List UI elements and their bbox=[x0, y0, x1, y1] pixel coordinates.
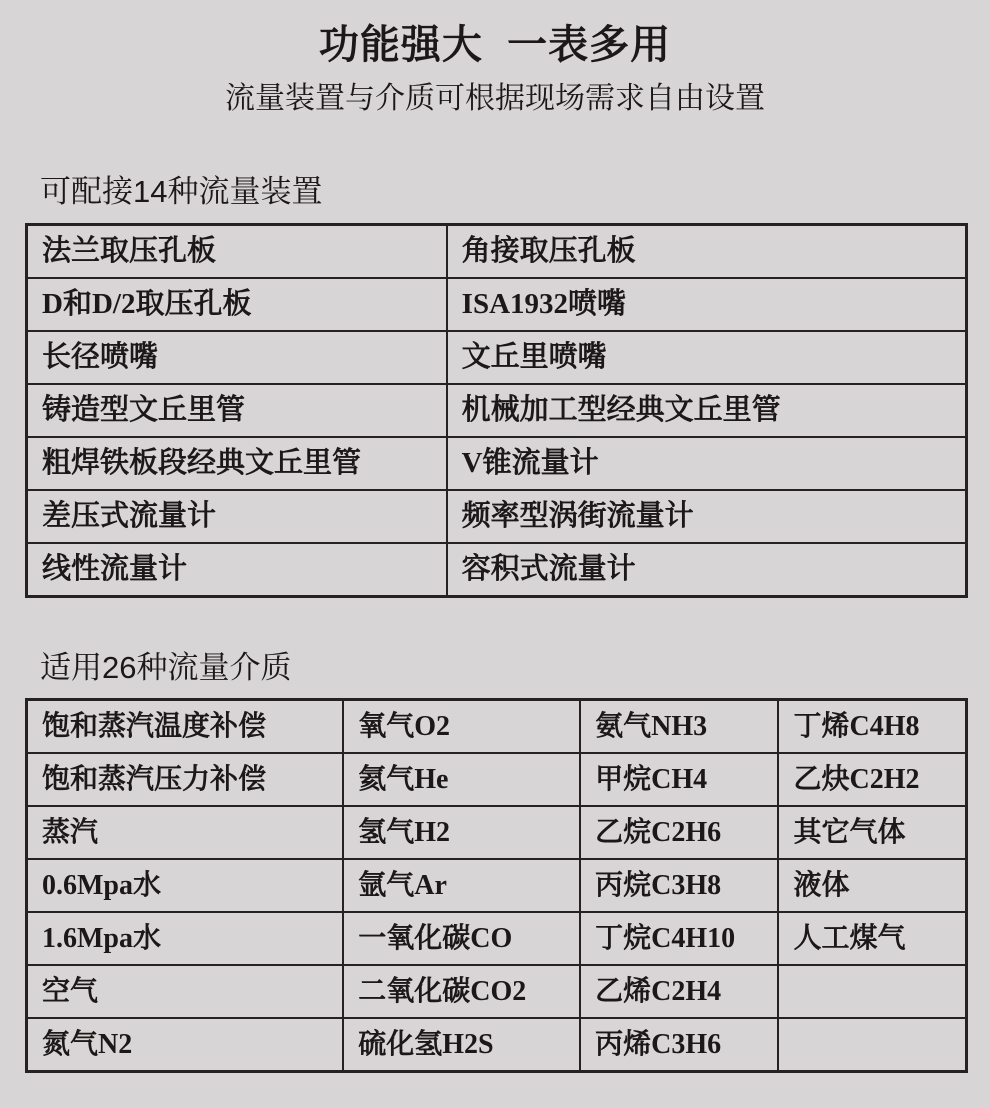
table-cell: 容积式流量计 bbox=[447, 543, 967, 597]
table-row: 饱和蒸汽压力补偿氦气He甲烷CH4乙炔C2H2 bbox=[27, 753, 967, 806]
media-section-heading: 适用26种流量介质 bbox=[40, 651, 990, 685]
table-row: 长径喷嘴文丘里喷嘴 bbox=[27, 331, 967, 384]
table-cell: 硫化氢H2S bbox=[343, 1018, 580, 1072]
page-title: 功能强大 一表多用 bbox=[0, 0, 990, 68]
table-cell: 饱和蒸汽压力补偿 bbox=[27, 753, 344, 806]
table-cell: 氢气H2 bbox=[343, 806, 580, 859]
table-cell: 频率型涡街流量计 bbox=[447, 490, 967, 543]
table-cell: 角接取压孔板 bbox=[447, 225, 967, 279]
table-cell: 长径喷嘴 bbox=[27, 331, 447, 384]
table-cell: 饱和蒸汽温度补偿 bbox=[27, 700, 344, 754]
table-row: 法兰取压孔板角接取压孔板 bbox=[27, 225, 967, 279]
table-row: 1.6Mpa水一氧化碳CO丁烷C4H10人工煤气 bbox=[27, 912, 967, 965]
table-cell: 氩气Ar bbox=[343, 859, 580, 912]
table-cell: 乙烯C2H4 bbox=[580, 965, 778, 1018]
table-row: D和D/2取压孔板ISA1932喷嘴 bbox=[27, 278, 967, 331]
table-cell: 二氧化碳CO2 bbox=[343, 965, 580, 1018]
table-row: 饱和蒸汽温度补偿氧气O2氨气NH3丁烯C4H8 bbox=[27, 700, 967, 754]
table-cell: 法兰取压孔板 bbox=[27, 225, 447, 279]
table-cell: 甲烷CH4 bbox=[580, 753, 778, 806]
document-page: 功能强大 一表多用 流量装置与介质可根据现场需求自由设置 可配接14种流量装置 … bbox=[0, 0, 990, 1108]
table-row: 空气二氧化碳CO2乙烯C2H4 bbox=[27, 965, 967, 1018]
table-row: 氮气N2硫化氢H2S丙烯C3H6 bbox=[27, 1018, 967, 1072]
table-row: 线性流量计容积式流量计 bbox=[27, 543, 967, 597]
table-cell: 线性流量计 bbox=[27, 543, 447, 597]
table-cell: 乙烷C2H6 bbox=[580, 806, 778, 859]
devices-table-body: 法兰取压孔板角接取压孔板D和D/2取压孔板ISA1932喷嘴长径喷嘴文丘里喷嘴铸… bbox=[27, 225, 967, 597]
table-cell: 其它气体 bbox=[778, 806, 966, 859]
table-cell: 粗焊铁板段经典文丘里管 bbox=[27, 437, 447, 490]
table-row: 粗焊铁板段经典文丘里管V锥流量计 bbox=[27, 437, 967, 490]
table-cell: 丙烷C3H8 bbox=[580, 859, 778, 912]
table-cell: 蒸汽 bbox=[27, 806, 344, 859]
devices-section-heading: 可配接14种流量装置 bbox=[40, 175, 990, 209]
table-cell: V锥流量计 bbox=[447, 437, 967, 490]
table-cell bbox=[778, 965, 966, 1018]
table-cell: 丁烷C4H10 bbox=[580, 912, 778, 965]
table-cell: 丙烯C3H6 bbox=[580, 1018, 778, 1072]
media-table-body: 饱和蒸汽温度补偿氧气O2氨气NH3丁烯C4H8饱和蒸汽压力补偿氦气He甲烷CH4… bbox=[27, 700, 967, 1072]
page-subtitle: 流量装置与介质可根据现场需求自由设置 bbox=[0, 82, 990, 115]
table-row: 蒸汽氢气H2乙烷C2H6其它气体 bbox=[27, 806, 967, 859]
table-cell: 液体 bbox=[778, 859, 966, 912]
table-cell: 一氧化碳CO bbox=[343, 912, 580, 965]
table-row: 差压式流量计频率型涡街流量计 bbox=[27, 490, 967, 543]
table-cell: 氮气N2 bbox=[27, 1018, 344, 1072]
table-row: 0.6Mpa水氩气Ar丙烷C3H8液体 bbox=[27, 859, 967, 912]
table-cell: 氨气NH3 bbox=[580, 700, 778, 754]
table-cell: ISA1932喷嘴 bbox=[447, 278, 967, 331]
devices-table: 法兰取压孔板角接取压孔板D和D/2取压孔板ISA1932喷嘴长径喷嘴文丘里喷嘴铸… bbox=[25, 223, 968, 598]
table-cell: 氧气O2 bbox=[343, 700, 580, 754]
table-cell: 乙炔C2H2 bbox=[778, 753, 966, 806]
table-cell: D和D/2取压孔板 bbox=[27, 278, 447, 331]
table-cell bbox=[778, 1018, 966, 1072]
table-cell: 机械加工型经典文丘里管 bbox=[447, 384, 967, 437]
table-cell: 氦气He bbox=[343, 753, 580, 806]
table-cell: 差压式流量计 bbox=[27, 490, 447, 543]
table-row: 铸造型文丘里管机械加工型经典文丘里管 bbox=[27, 384, 967, 437]
table-cell: 1.6Mpa水 bbox=[27, 912, 344, 965]
table-cell: 人工煤气 bbox=[778, 912, 966, 965]
media-table: 饱和蒸汽温度补偿氧气O2氨气NH3丁烯C4H8饱和蒸汽压力补偿氦气He甲烷CH4… bbox=[25, 698, 968, 1073]
table-cell: 0.6Mpa水 bbox=[27, 859, 344, 912]
table-cell: 铸造型文丘里管 bbox=[27, 384, 447, 437]
table-cell: 文丘里喷嘴 bbox=[447, 331, 967, 384]
table-cell: 空气 bbox=[27, 965, 344, 1018]
table-cell: 丁烯C4H8 bbox=[778, 700, 966, 754]
